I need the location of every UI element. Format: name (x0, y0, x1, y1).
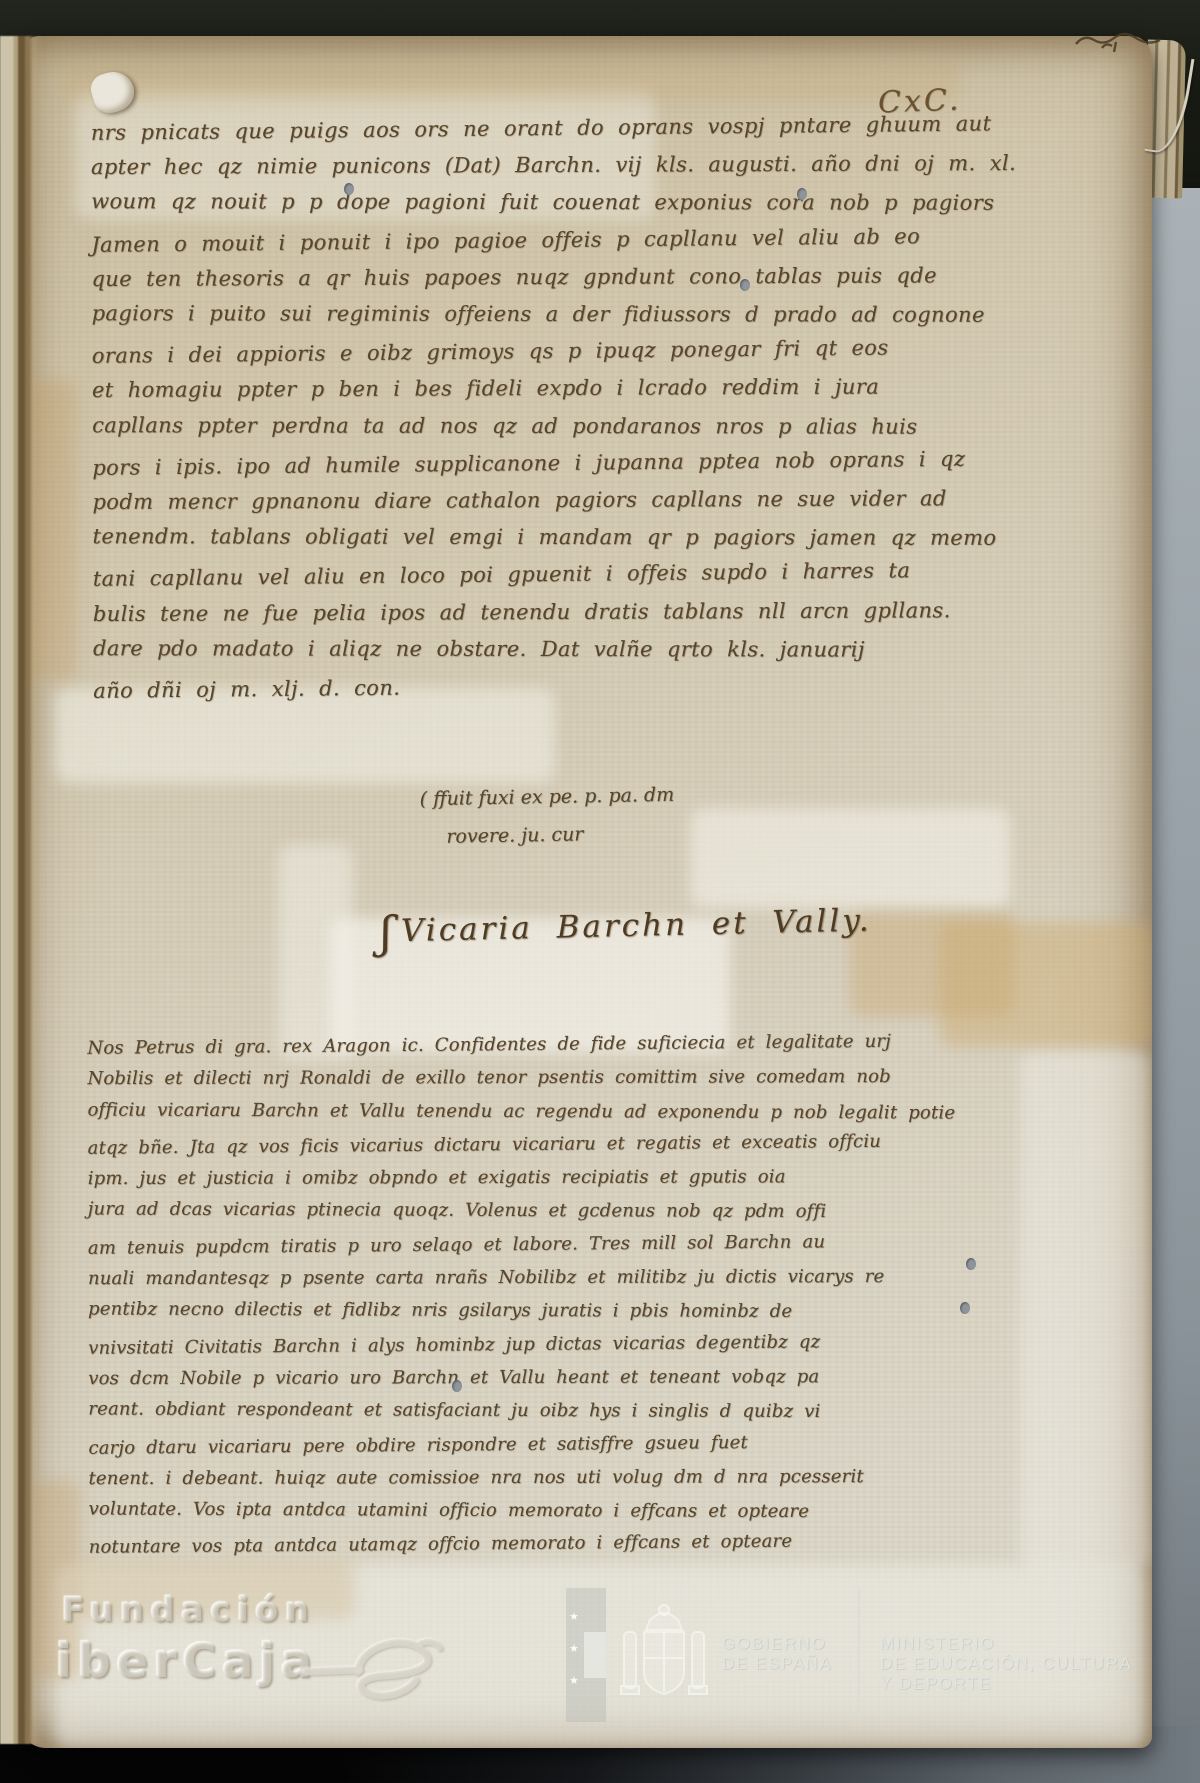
manuscript-line: nuali mandantesqz p psente carta nrañs N… (88, 1260, 956, 1296)
parchment-hole (740, 279, 750, 291)
manuscript-line: apter hec qz nimie punicons (Dat) Barchn… (91, 145, 1016, 186)
notation-line: rovere. ju. cur (420, 814, 675, 856)
manuscript-line: Nobilis et dilecti nrj Ronaldi de exillo… (87, 1060, 955, 1096)
manuscript-line: pentibz necno dilectis et fidlibz nris g… (88, 1293, 956, 1329)
section-heading-text: Vicaria Barchn et Vally. (401, 902, 872, 949)
manuscript-line: atqz bñe. Jta qz vos ficis vicarius dict… (87, 1124, 955, 1165)
manuscript-line: pagiors i puito sui regiminis offeiens a… (92, 295, 1017, 334)
manuscript-line: am tenuis pupdcm tiratis p uro selaqo et… (88, 1224, 956, 1265)
manuscript-line: woum qz nouit p p dope pagioni fuit coue… (91, 184, 1016, 223)
manuscript-line: officiu vicariaru Barchn et Vallu tenend… (87, 1093, 955, 1129)
parchment-hole (344, 183, 354, 195)
spain-coat-of-arms-icon (616, 1598, 712, 1708)
stain (75, 1560, 355, 1620)
manuscript-line: et homagiu ppter p ben i bes fideli expd… (92, 368, 1017, 409)
star-icon: ★ (569, 1610, 579, 1623)
manuscript-line: notuntare vos pta antdca utamqz offcio m… (89, 1524, 957, 1565)
star-icon: ★ (569, 1674, 579, 1687)
manuscript-scan: CxC. nrs pnicats que puigs aos ors ne or… (0, 0, 1200, 1783)
manuscript-text-block-2: Nos Petrus di gra. rex Aragon ic. Confid… (87, 1027, 956, 1562)
manuscript-line: bulis tene ne fue pelia ipos ad tenendu … (93, 592, 1018, 633)
manuscript-line: capllans ppter perdna ta ad nos qz ad po… (92, 407, 1017, 446)
manuscript-line: Nos Petrus di gra. rex Aragon ic. Confid… (87, 1024, 955, 1065)
marginal-scribble (1072, 28, 1164, 56)
stain (940, 922, 1152, 1047)
parchment-hole (960, 1302, 970, 1314)
spain-flag-ribbon-icon: ★ ★ ★ (566, 1588, 606, 1722)
manuscript-line: que ten thesoris a qr huis papoes nuqz g… (91, 257, 1016, 298)
manuscript-line: jura ad dcas vicarias ptinecia quoqz. Vo… (88, 1193, 956, 1229)
notation-line: ( ffuit fuxi ex pe. p. pa. dm (419, 776, 674, 818)
star-icon: ★ (569, 1642, 579, 1655)
manuscript-page: CxC. nrs pnicats que puigs aos ors ne or… (16, 36, 1152, 1748)
stain (850, 912, 1015, 1017)
section-heading: ʃVicaria Barchn et Vally. (379, 896, 872, 958)
book-gutter-crease (0, 36, 44, 1744)
parchment-hole (797, 188, 807, 200)
manuscript-text-block-1: nrs pnicats que puigs aos ors ne orant d… (91, 108, 1019, 707)
parchment-hole (452, 1380, 462, 1392)
manuscript-line: vos dcm Nobile p vicario uro Barchn et V… (88, 1360, 956, 1396)
stain (60, 60, 960, 102)
watermark-divider-line (858, 1590, 860, 1722)
paper-patch (1020, 1050, 1150, 1570)
registrar-notation: ( ffuit fuxi ex pe. p. pa. dm rovere. ju… (419, 776, 675, 856)
manuscript-line: tenent. i debeant. huiqz aute comissioe … (88, 1460, 956, 1496)
manuscript-line: tenendm. tablans obligati vel emgi i man… (93, 518, 1018, 557)
ribbon-notch (584, 1632, 606, 1678)
manuscript-line: reant. obdiant respondeant et satisfacia… (88, 1393, 956, 1429)
manuscript-line: podm mencr gpnanonu diare cathalon pagio… (92, 480, 1017, 521)
manuscript-line: ipm. jus et justicia i omibz obpndo et e… (88, 1160, 956, 1196)
paper-patch (690, 808, 1010, 908)
parchment-hole (966, 1258, 976, 1270)
manuscript-line: dare pdo madato i aliqz ne obstare. Dat … (93, 630, 1018, 669)
manuscript-line: carjo dtaru vicariaru pere obdire rispon… (88, 1424, 956, 1465)
manuscript-line: año dñi oj m. xlj. d. con. (93, 663, 1019, 710)
heading-flourish: ʃ (379, 907, 395, 958)
manuscript-line: vnivsitati Civitatis Barchn i alys homin… (88, 1324, 956, 1365)
